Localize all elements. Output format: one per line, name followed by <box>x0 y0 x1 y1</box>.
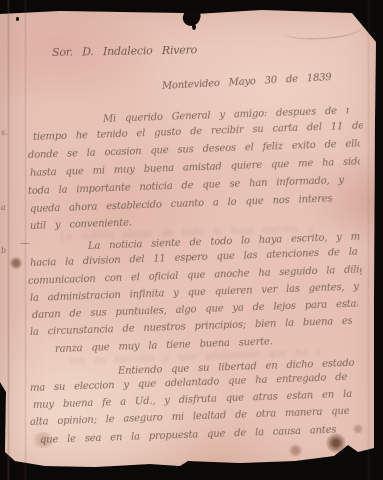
scan-background: s. a — b Sor. D. Indalecio Rivero Montev… <box>0 0 383 480</box>
bottom-edge-speck <box>186 461 191 466</box>
right-fold-crease <box>367 0 370 480</box>
bleed-through-mark: a <box>1 203 7 212</box>
stain <box>352 424 364 434</box>
bleed-through-mark: b <box>1 246 7 255</box>
stain <box>10 256 22 270</box>
ink-speck <box>16 17 19 21</box>
ink-drip <box>192 24 196 30</box>
bleed-through-mark: — <box>20 238 30 249</box>
bleed-through-mark: s. <box>0 128 8 138</box>
stain <box>326 433 346 453</box>
left-fold-crease <box>7 0 10 480</box>
stain <box>288 444 303 457</box>
